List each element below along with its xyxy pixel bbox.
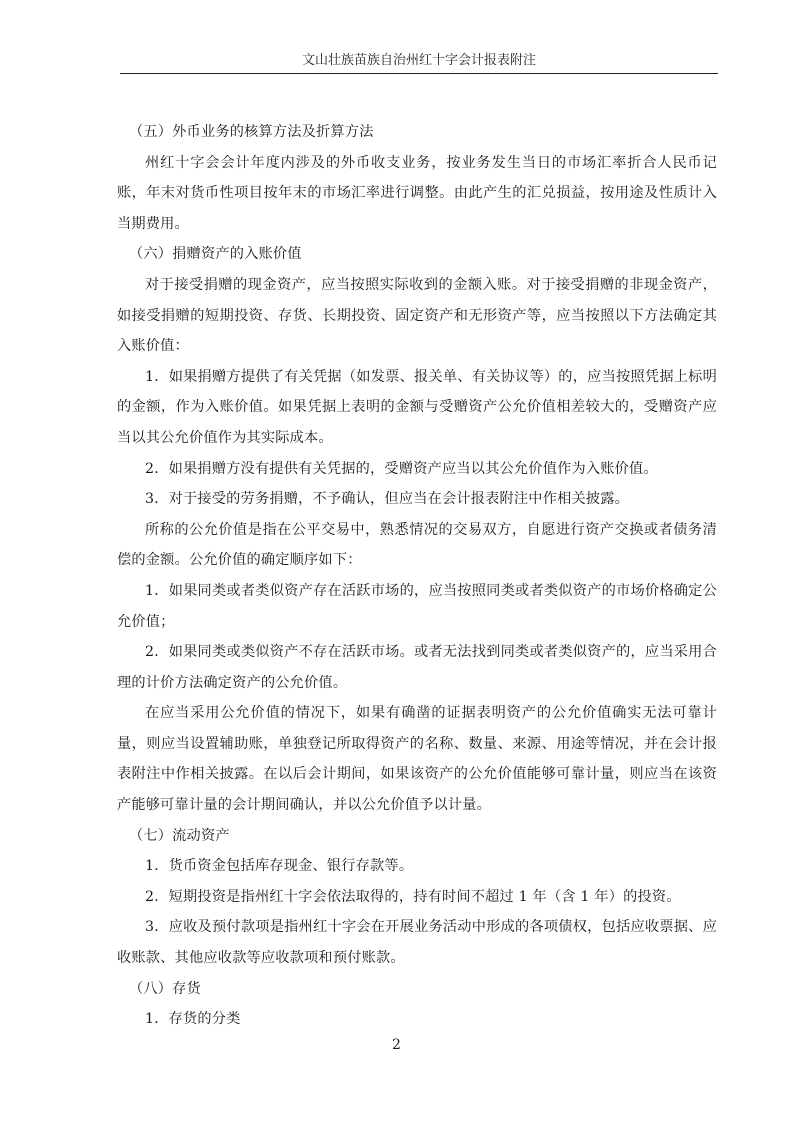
list-item: 2．短期投资是指州红十字会依法取得的，持有时间不超过 1 年（含 1 年）的投资… [117, 882, 717, 913]
list-item: 1．存货的分类 [117, 1004, 717, 1035]
list-item: 3．应收及预付款项是指州红十字会在开展业务活动中形成的各项债权，包括应收票据、应… [117, 912, 717, 973]
section-heading-donated-assets: （六）捐赠资产的入账价值 [117, 239, 717, 270]
paragraph: 所称的公允价值是指在公平交易中，熟悉情况的交易双方，自愿进行资产交换或者债务清偿… [117, 515, 717, 576]
section-heading-inventory: （八）存货 [117, 974, 717, 1005]
page-number: 2 [0, 1036, 793, 1054]
section-heading-current-assets: （七）流动资产 [117, 821, 717, 852]
list-item: 1．如果同类或者类似资产存在活跃市场的，应当按照同类或者类似资产的市场价格确定公… [117, 576, 717, 637]
paragraph: 州红十字会会计年度内涉及的外币收支业务，按业务发生当日的市场汇率折合人民币记账，… [117, 148, 717, 240]
list-item: 2．如果同类或类似资产不存在活跃市场。或者无法找到同类或者类似资产的，应当采用合… [117, 637, 717, 698]
header-divider [120, 73, 718, 74]
list-item: 3．对于接受的劳务捐赠，不予确认，但应当在会计报表附注中作相关披露。 [117, 484, 717, 515]
section-heading-foreign-currency: （五）外币业务的核算方法及折算方法 [117, 117, 717, 148]
list-item: 1．如果捐赠方提供了有关凭据（如发票、报关单、有关协议等）的，应当按照凭据上标明… [117, 362, 717, 454]
paragraph: 在应当采用公允价值的情况下，如果有确凿的证据表明资产的公允价值确实无法可靠计量，… [117, 698, 717, 820]
running-header: 文山壮族苗族自治州红十字会计报表附注 [120, 52, 718, 70]
paragraph: 对于接受捐赠的现金资产，应当按照实际收到的金额入账。对于接受捐赠的非现金资产，如… [117, 270, 717, 362]
list-item: 1．货币资金包括库存现金、银行存款等。 [117, 851, 717, 882]
list-item: 2．如果捐赠方没有提供有关凭据的，受赠资产应当以其公允价值作为入账价值。 [117, 454, 717, 485]
document-body: （五）外币业务的核算方法及折算方法 州红十字会会计年度内涉及的外币收支业务，按业… [117, 117, 717, 1035]
